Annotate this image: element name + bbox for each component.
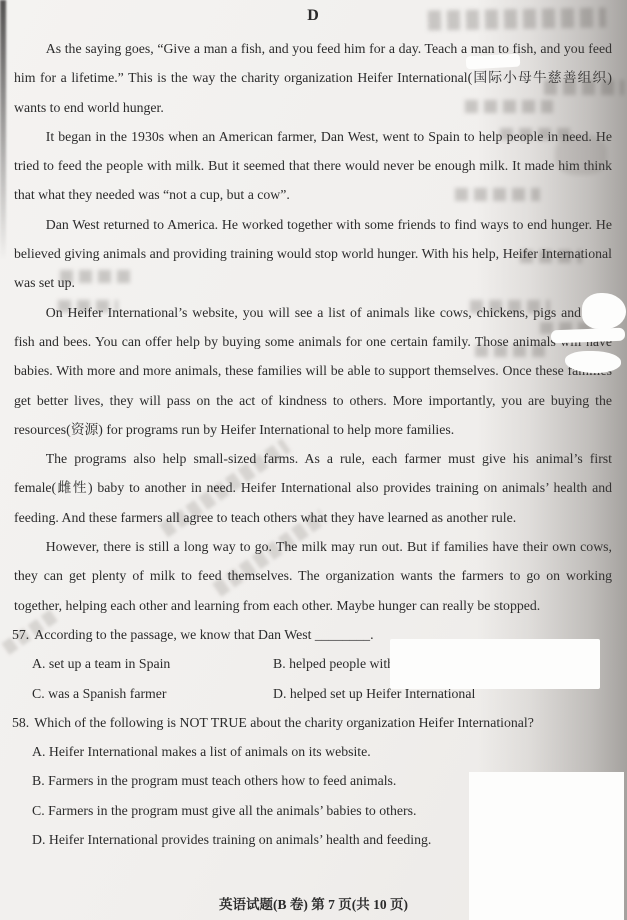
question-number: 57.	[12, 627, 29, 642]
passage-paragraph: However, there is still a long way to go…	[14, 532, 612, 620]
option-57-a: A. set up a team in Spain	[32, 649, 273, 678]
option-57-d: D. helped set up Heifer International	[273, 679, 615, 708]
option-58-c: C. Farmers in the program must give all …	[12, 796, 615, 825]
section-label: D	[0, 0, 627, 25]
questions-section: 57.According to the passage, we know tha…	[0, 620, 627, 854]
question-stem-text: According to the passage, we know that D…	[34, 627, 373, 642]
question-stem-text: Which of the following is NOT TRUE about…	[34, 715, 534, 730]
reading-passage: As the saying goes, “Give a man a fish, …	[0, 25, 627, 620]
option-57-b: B. helped people with enough fish	[273, 649, 615, 678]
question-57-stem: 57.According to the passage, we know tha…	[12, 620, 615, 649]
option-58-d: D. Heifer International provides trainin…	[12, 825, 615, 854]
passage-paragraph: It began in the 1930s when an American f…	[14, 122, 612, 210]
passage-paragraph: On Heifer International’s website, you w…	[14, 298, 612, 444]
question-57-options: A. set up a team in Spain B. helped peop…	[12, 649, 615, 708]
question-58-stem: 58.Which of the following is NOT TRUE ab…	[12, 708, 615, 737]
exam-page-scan: D As the saying goes, “Give a man a fish…	[0, 0, 627, 920]
option-58-b: B. Farmers in the program must teach oth…	[12, 766, 615, 795]
question-number: 58.	[12, 715, 29, 730]
option-58-a: A. Heifer International makes a list of …	[12, 737, 615, 766]
page-footer: 英语试题(B 卷) 第 7 页(共 10 页)	[0, 893, 627, 913]
passage-paragraph: Dan West returned to America. He worked …	[14, 210, 612, 298]
option-57-c: C. was a Spanish farmer	[32, 679, 273, 708]
passage-paragraph: The programs also help small-sized farms…	[14, 444, 612, 532]
passage-paragraph: As the saying goes, “Give a man a fish, …	[14, 34, 612, 122]
